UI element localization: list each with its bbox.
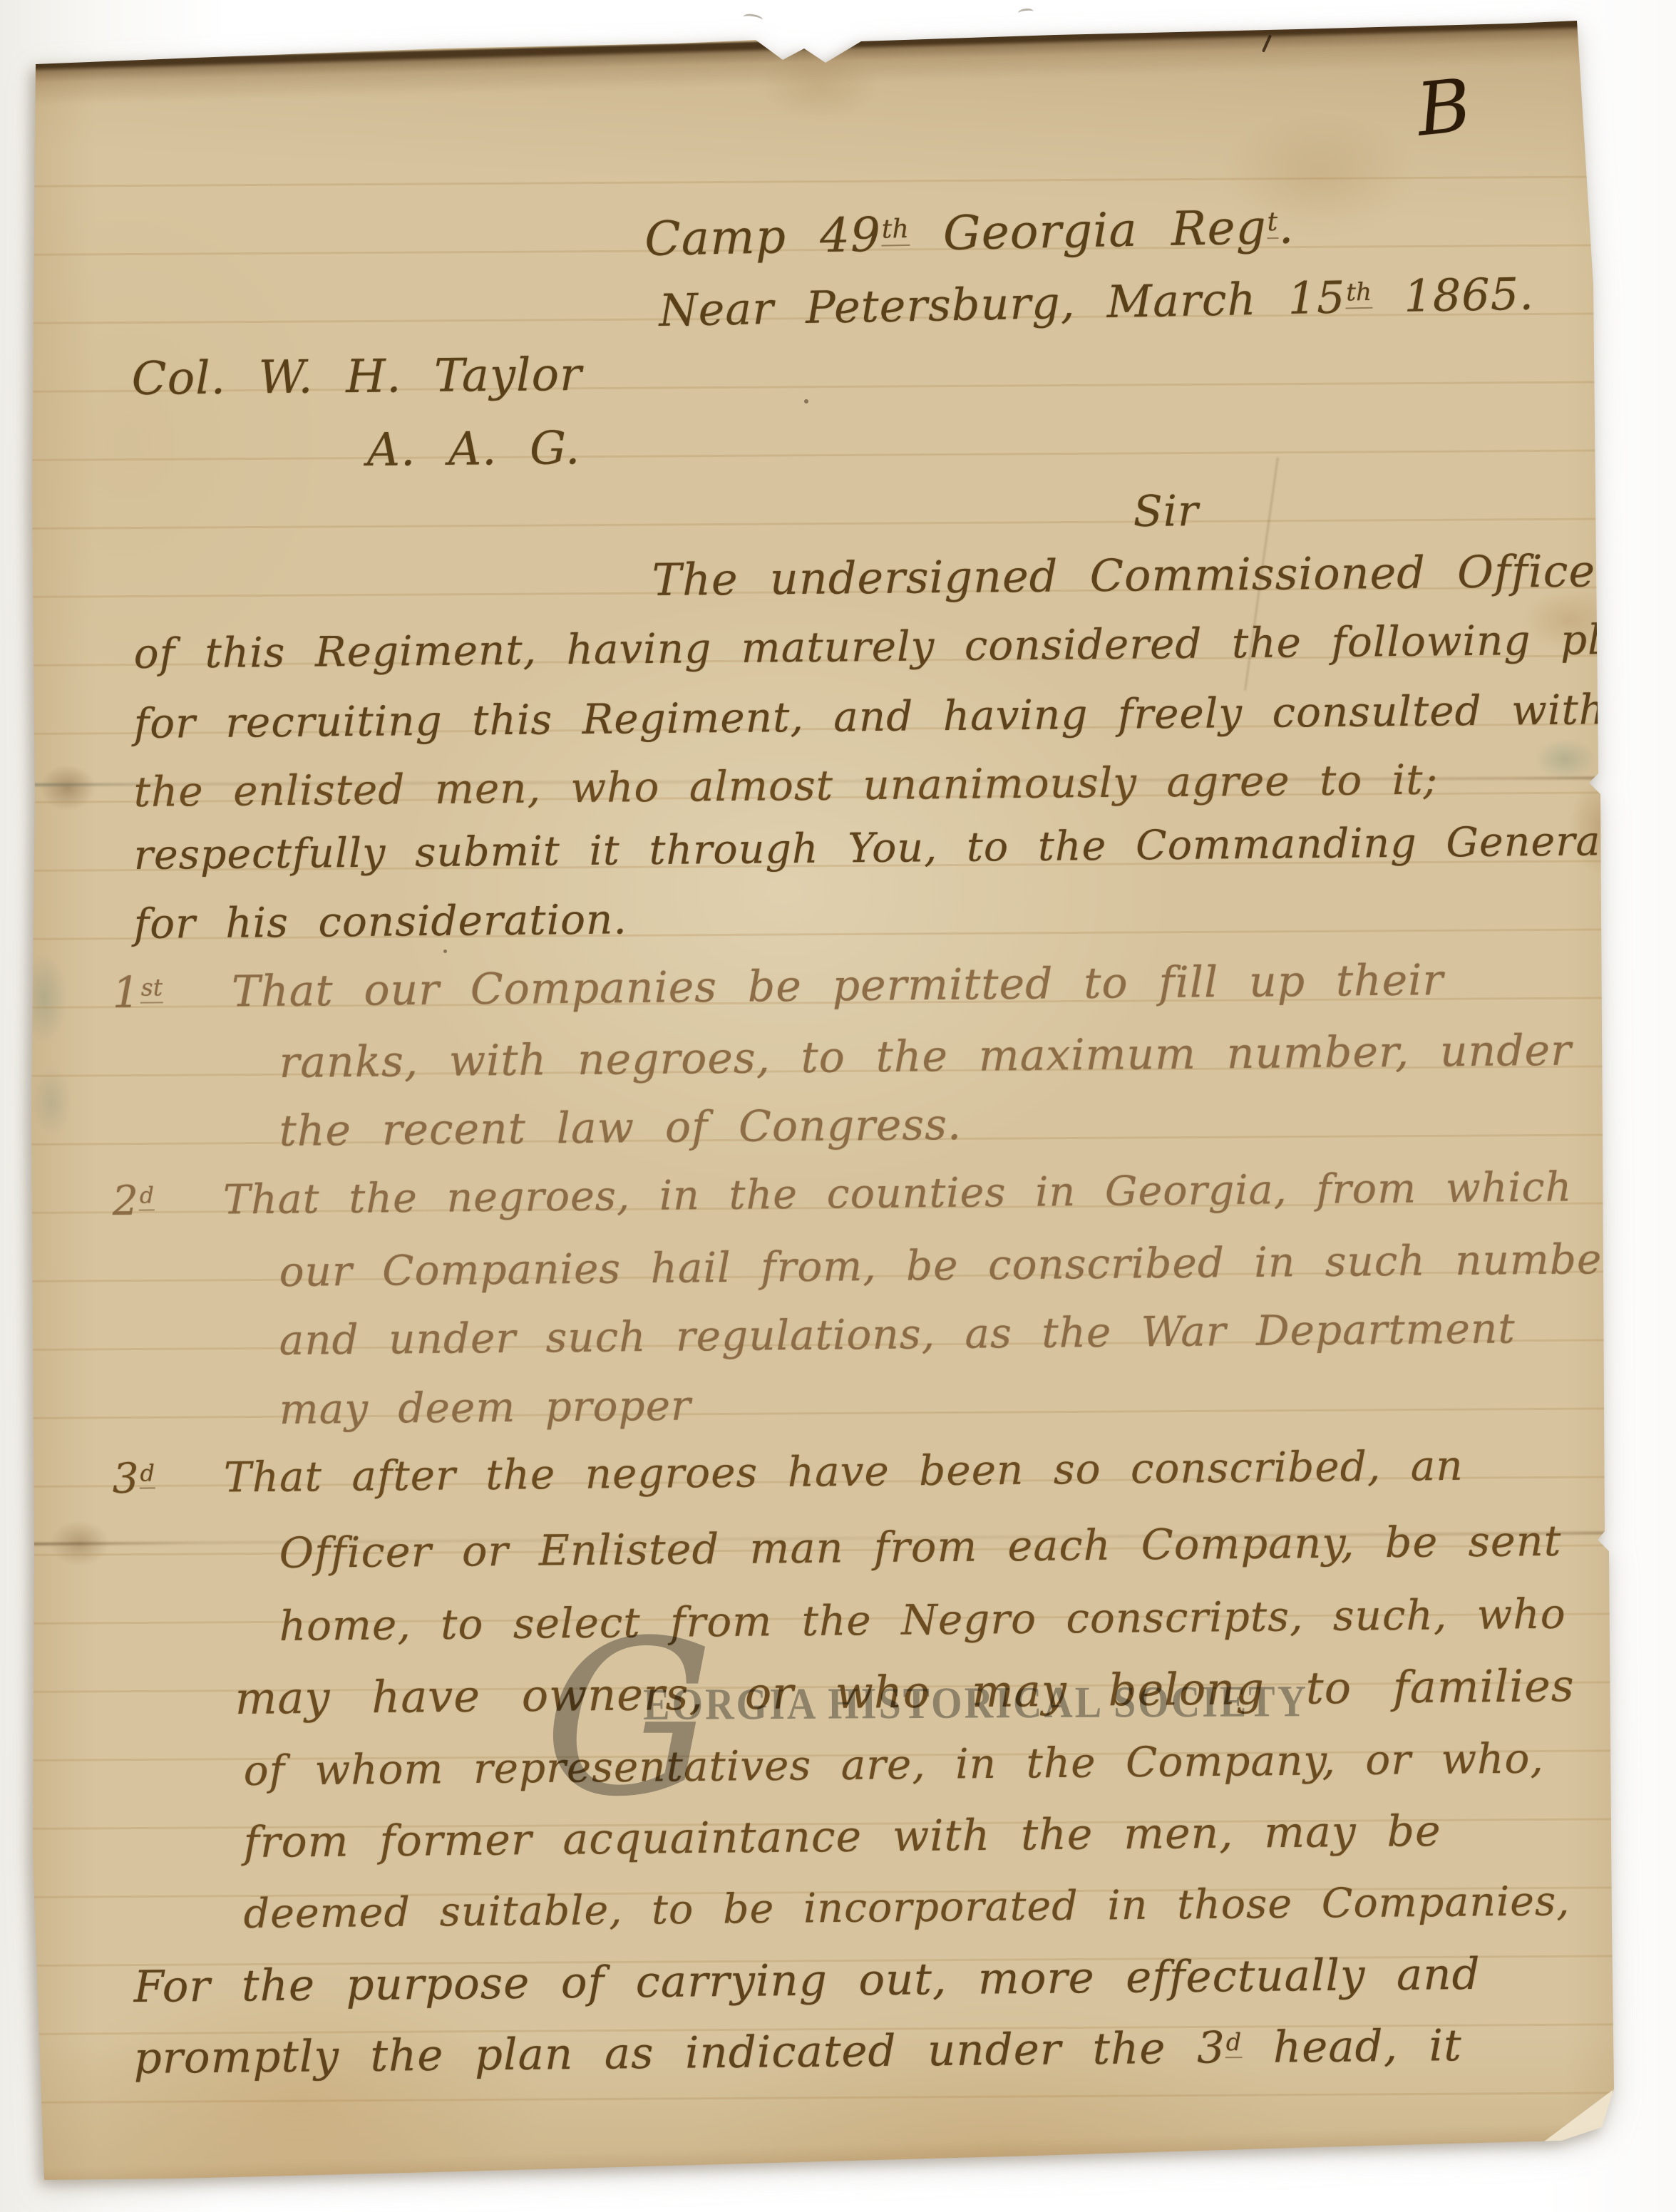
item-2-line-3: and under such regulations, as the War D… (279, 1304, 1516, 1364)
item-3-line-6: from former acquaintance with the men, m… (243, 1806, 1441, 1868)
scanner-background: B Camp 49th Georgia Regt. Near Petersbur… (0, 0, 1676, 2212)
item-number: 2 (112, 1178, 139, 1225)
superscript: d (1225, 2028, 1243, 2058)
heading-text: . (1278, 200, 1295, 254)
item-number: 3 (112, 1454, 140, 1503)
paper-shadow: B Camp 49th Georgia Regt. Near Petersbur… (0, 0, 1676, 2212)
heading-text: Camp 49 (644, 207, 882, 267)
item-3-line-4: may have owners, or who may belong to fa… (235, 1660, 1575, 1724)
opening-line-2: of this Regiment, having maturely consid… (133, 614, 1668, 678)
ink-speck (443, 950, 447, 953)
item-1-line-1: 1stThat our Companies be permitted to fi… (112, 955, 1444, 1018)
heading-line-2: Near Petersburg, March 15th 1865. (659, 267, 1535, 336)
item-number: 1 (112, 968, 140, 1018)
item-2-line-1: 2dThat the negroes, in the counties in G… (112, 1163, 1572, 1225)
item-text: That after the negroes have been so cons… (224, 1441, 1464, 1502)
superscript: st (140, 973, 164, 1003)
superscript: th (1345, 278, 1372, 309)
closing-text: promptly the plan as indicated under the… (133, 2022, 1225, 2084)
superscript: d (139, 1459, 155, 1488)
opening-line-6: for his consideration. (133, 895, 627, 948)
heading-text: Near Petersburg, March 15 (659, 272, 1347, 336)
closing-line-2: promptly the plan as indicated under the… (133, 2020, 1462, 2084)
page-marker: B (1413, 63, 1475, 153)
recipient-name: Col. W. H. Taylor (131, 349, 582, 406)
heading-text: 1865. (1372, 267, 1534, 322)
superscript: th (880, 213, 910, 247)
closing-line-1: For the purpose of carrying out, more ef… (133, 1949, 1481, 2012)
letter-page: B Camp 49th Georgia Regt. Near Petersbur… (0, 0, 1676, 2212)
closing-text: head, it (1242, 2020, 1462, 2073)
opening-line-3: for recruiting this Regiment, and having… (133, 685, 1606, 748)
superscript: t (1266, 206, 1278, 239)
item-3-line-7: deemed suitable, to be incorporated in t… (243, 1878, 1570, 1938)
opening-line-4: the enlisted men, who almost unanimously… (133, 755, 1438, 816)
ink-speck (804, 399, 808, 403)
item-1-line-3: the recent law of Congress. (279, 1100, 962, 1156)
item-text: That the negroes, in the counties in Geo… (223, 1163, 1573, 1223)
item-1-line-2: ranks, with negroes, to the maximum numb… (279, 1026, 1572, 1088)
item-2-line-2: our Companies hail from, be conscribed i… (279, 1235, 1645, 1296)
heading-text: Georgia Reg (909, 200, 1267, 262)
recipient-title: A. A. G. (366, 422, 580, 477)
opening-line-5: respectfully submit it through You, to t… (133, 818, 1615, 879)
heading-line-1: Camp 49th Georgia Regt. (644, 200, 1295, 267)
item-2-line-4: may deem proper (279, 1381, 692, 1434)
item-3-line-3: home, to select from the Negro conscript… (279, 1590, 1566, 1650)
salutation: Sir (1133, 486, 1199, 537)
opening-line-1: The undersigned Commissioned Officers (652, 545, 1641, 606)
item-3-line-5: of whom representatives are, in the Comp… (243, 1734, 1544, 1795)
superscript: d (139, 1183, 155, 1211)
bottom-edge-shadow (0, 2118, 1676, 2198)
item-3-line-2: Officer or Enlisted man from each Compan… (279, 1516, 1561, 1578)
item-text: That our Companies be permitted to fill … (232, 955, 1444, 1017)
item-3-line-1: 3dThat after the negroes have been so co… (112, 1441, 1464, 1503)
